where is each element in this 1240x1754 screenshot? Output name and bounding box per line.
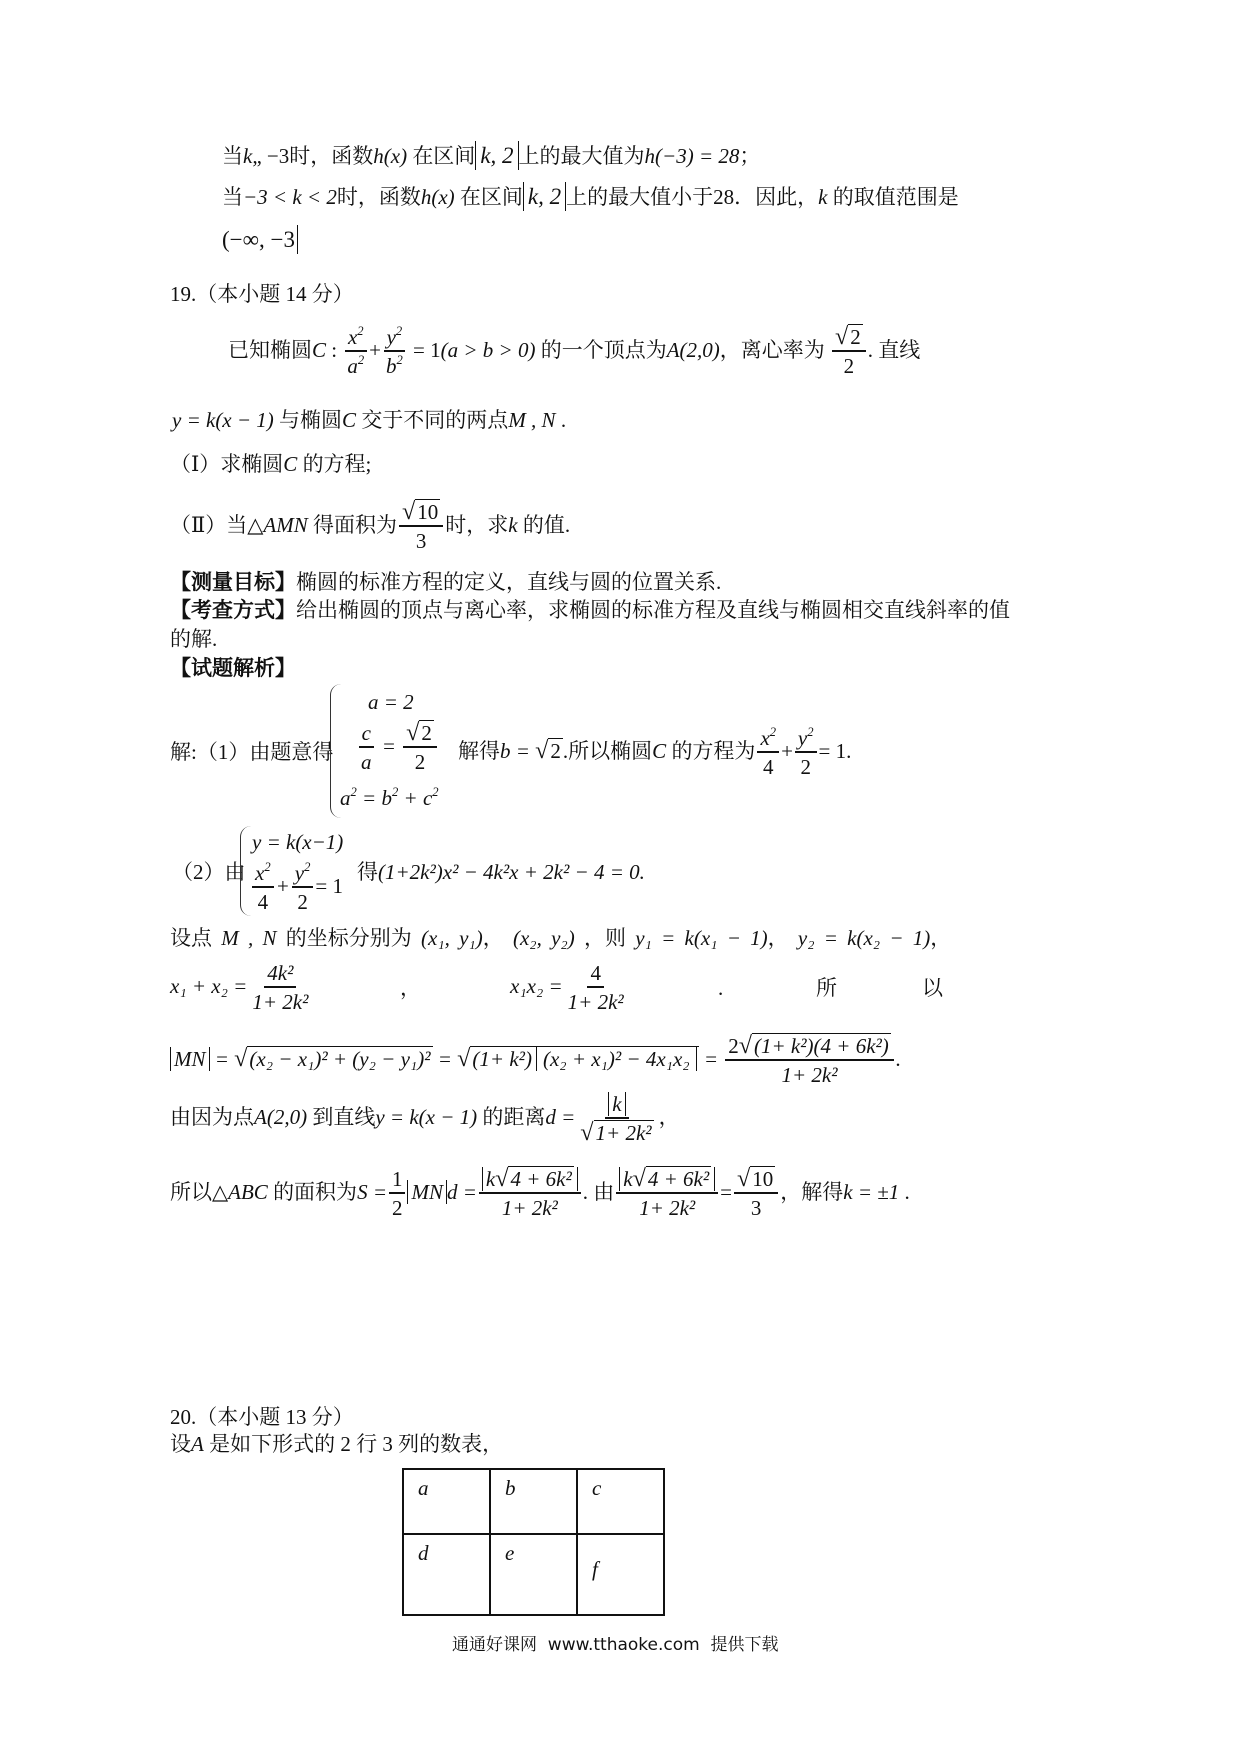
sol1-prefix: 解:（1）由题意得	[170, 738, 333, 766]
table-cell: d	[403, 1534, 490, 1615]
page-footer: 通通好课网 www.tthaoke.com 提供下载	[452, 1630, 779, 1655]
q19-method: 【考查方式】给出椭圆的顶点与离心率，求椭圆的标准方程及直线与椭圆相交直线斜率的值	[170, 596, 1010, 624]
table-cell: f	[577, 1534, 664, 1615]
q19-header: 19.（本小题 14 分）	[170, 280, 354, 308]
sol4-comma: ，	[400, 974, 421, 1002]
sol1-result: 解得b = √2.所以椭圆C 的方程为x24+y22= 1.	[458, 723, 851, 781]
q19-method-line-2: 的解.	[170, 625, 217, 653]
sol7-area: 所以△ABC 的面积为S =12MNd =k√4 + 6k²1+ 2k². 由k…	[170, 1160, 910, 1224]
sol4-so-1: 所	[816, 974, 837, 1002]
q20-header: 20.（本小题 13 分）	[170, 1403, 354, 1431]
sol6-distance: 由因为点A(2,0) 到直线y = k(x − 1) 的距离d =k√1+ 2k…	[170, 1086, 680, 1148]
sol4-sum: x₁ + x₂ =4k²1+ 2k²	[170, 958, 313, 1016]
sol1-sys-ca: ca = √22	[356, 718, 439, 776]
sol5-mn-length: MN = √(x₂ − x₁)² + (y₂ − y₁)² = √(1+ k²)…	[170, 1030, 901, 1089]
table-cell: b	[490, 1469, 577, 1534]
sol2-sys-ellipse: x24+y22= 1	[250, 858, 343, 916]
table-cell: c	[577, 1469, 664, 1534]
sol2-sys-line: y = k(x−1)	[252, 828, 343, 856]
prev-solution-line-3: (−∞, −3	[222, 226, 298, 254]
q19-part-1: （Ⅰ）求椭圆C 的方程;	[170, 450, 371, 478]
q20-number-table: a b c d e f	[402, 1468, 665, 1616]
sol1-sys-a: a = 2	[368, 688, 414, 716]
table-cell: a	[403, 1469, 490, 1534]
sol4-product: x₁x₂ =41+ 2k²	[510, 958, 629, 1016]
sol4-dot: .	[718, 974, 723, 1002]
table-cell: e	[490, 1534, 577, 1615]
q19-stem: 已知椭圆C : x2a2+y2b2 = 1(a > b > 0) 的一个顶点为A…	[228, 322, 920, 380]
sol3-line: 设点 M , N 的坐标分别为 (x₁, y₁)， (x₂, y₂) ，则 y₁…	[170, 924, 951, 952]
sol2-quadratic: 得(1+2k²)x² − 4k²x + 2k² − 4 = 0.	[357, 858, 645, 886]
sol2-prefix: （2）由	[172, 858, 246, 886]
sol4-so-2: 以	[922, 974, 943, 1002]
q19-objective: 【测量目标】椭圆的标准方程的定义，直线与圆的位置关系.	[170, 568, 721, 596]
q19-part-2: （Ⅱ）当△AMN 得面积为√103时，求k 的值.	[170, 497, 570, 555]
q19-analysis-tag: 【试题解析】	[170, 654, 296, 682]
sol1-sys-pythag: a2 = b2 + c2	[340, 784, 439, 812]
table-row: a b c	[403, 1469, 664, 1534]
q20-stem: 设A 是如下形式的 2 行 3 列的数表，	[170, 1430, 503, 1458]
prev-solution-line-1: 当k„ −3时，函数h(x) 在区间k, 2上的最大值为h(−3) = 28；	[222, 142, 760, 170]
table-row: d e f	[403, 1534, 664, 1615]
prev-solution-line-2: 当−3 < k < 2时，函数h(x) 在区间k, 2上的最大值小于28．因此，…	[222, 183, 959, 211]
q19-stem-line-2: y = k(x − 1) 与椭圆C 交于不同的两点M , N .	[172, 406, 566, 434]
